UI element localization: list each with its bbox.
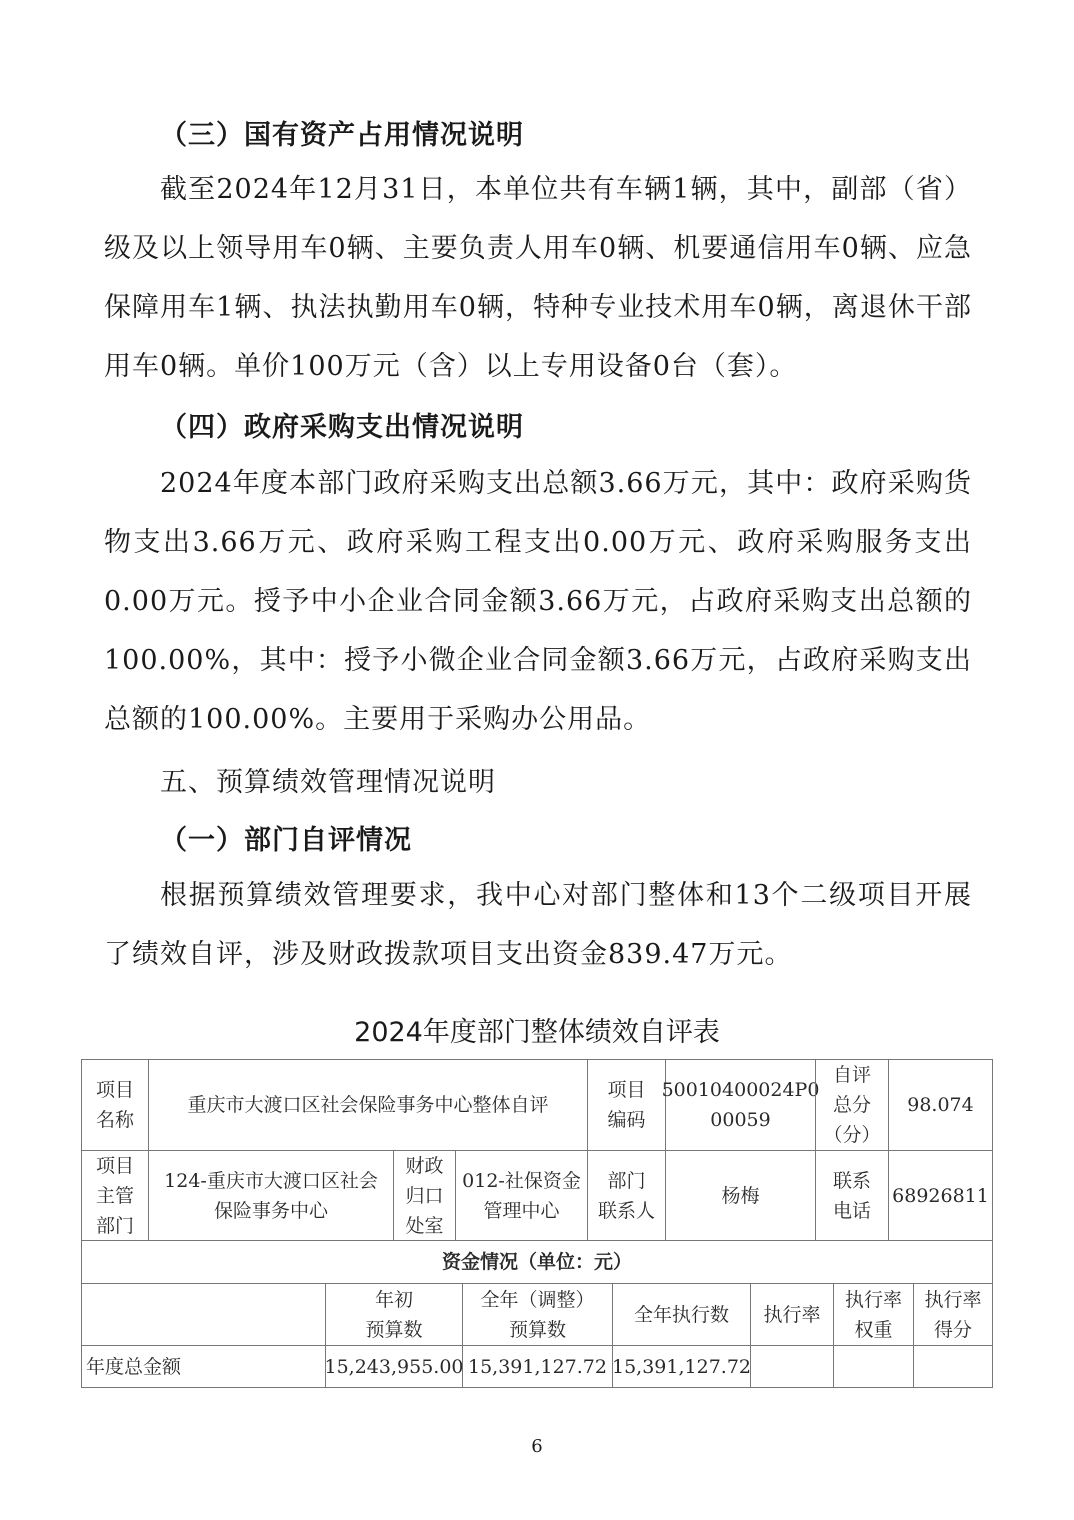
paragraph-state-assets: 截至2024年12月31日，本单位共有车辆1辆，其中，副部（省）级及以上领导用车…	[104, 160, 972, 396]
cell-project-code-value: 50010400024P0 00059	[665, 1059, 816, 1151]
section-heading-state-assets: （三）国有资产占用情况说明	[160, 113, 524, 152]
cell-project-name-value: 重庆市大渡口区社会保险事务中心整体自评	[148, 1059, 588, 1151]
cell-phone-value: 68926811	[888, 1150, 993, 1241]
cell-phone-label: 联系 电话	[815, 1150, 889, 1241]
cell-dept-label: 项目 主管 部门	[81, 1150, 149, 1241]
cell-executed: 15,391,127.72	[612, 1345, 751, 1388]
col-header-rate-score: 执行率 得分	[913, 1283, 993, 1346]
table-title: 2024年度部门整体绩效自评表	[0, 1010, 1074, 1049]
cell-contact-value: 杨梅	[665, 1150, 816, 1241]
cell-project-code-label: 项目 编码	[587, 1059, 666, 1151]
cell-score-value: 98.074	[888, 1059, 993, 1151]
cell-funds-header: 资金情况（单位：元）	[81, 1240, 993, 1284]
cell-row-label: 年度总金额	[81, 1345, 326, 1388]
col-header-adjusted-budget: 全年（调整） 预算数	[462, 1283, 613, 1346]
cell-adjusted-budget: 15,391,127.72	[462, 1345, 613, 1388]
section-heading-procurement: （四）政府采购支出情况说明	[160, 405, 524, 444]
section-heading-performance: 五、预算绩效管理情况说明	[160, 760, 496, 799]
cell-finance-value: 012-社保资金 管理中心	[455, 1150, 588, 1241]
cell-rate-weight	[833, 1345, 914, 1388]
cell-dept-value: 124-重庆市大渡口区社会 保险事务中心	[148, 1150, 394, 1241]
paragraph-self-eval: 根据预算绩效管理要求，我中心对部门整体和13个二级项目开展了绩效自评，涉及财政拨…	[104, 866, 972, 984]
cell-initial-budget: 15,243,955.00	[325, 1345, 463, 1388]
cell-contact-label: 部门 联系人	[587, 1150, 666, 1241]
page-number: 6	[0, 1436, 1074, 1457]
col-header-rate: 执行率	[750, 1283, 834, 1346]
col-header-initial-budget: 年初 预算数	[325, 1283, 463, 1346]
subsection-heading-self-eval: （一）部门自评情况	[160, 818, 412, 857]
col-header-rate-weight: 执行率 权重	[833, 1283, 914, 1346]
cell-rate	[750, 1345, 834, 1388]
col-header-blank	[81, 1283, 326, 1346]
col-header-executed: 全年执行数	[612, 1283, 751, 1346]
cell-rate-score	[913, 1345, 993, 1388]
cell-finance-label: 财政 归口 处室	[393, 1150, 456, 1241]
cell-project-name-label: 项目 名称	[81, 1059, 149, 1151]
cell-score-label: 自评 总分 （分）	[815, 1059, 889, 1151]
paragraph-procurement: 2024年度本部门政府采购支出总额3.66万元，其中：政府采购货物支出3.66万…	[104, 454, 972, 749]
